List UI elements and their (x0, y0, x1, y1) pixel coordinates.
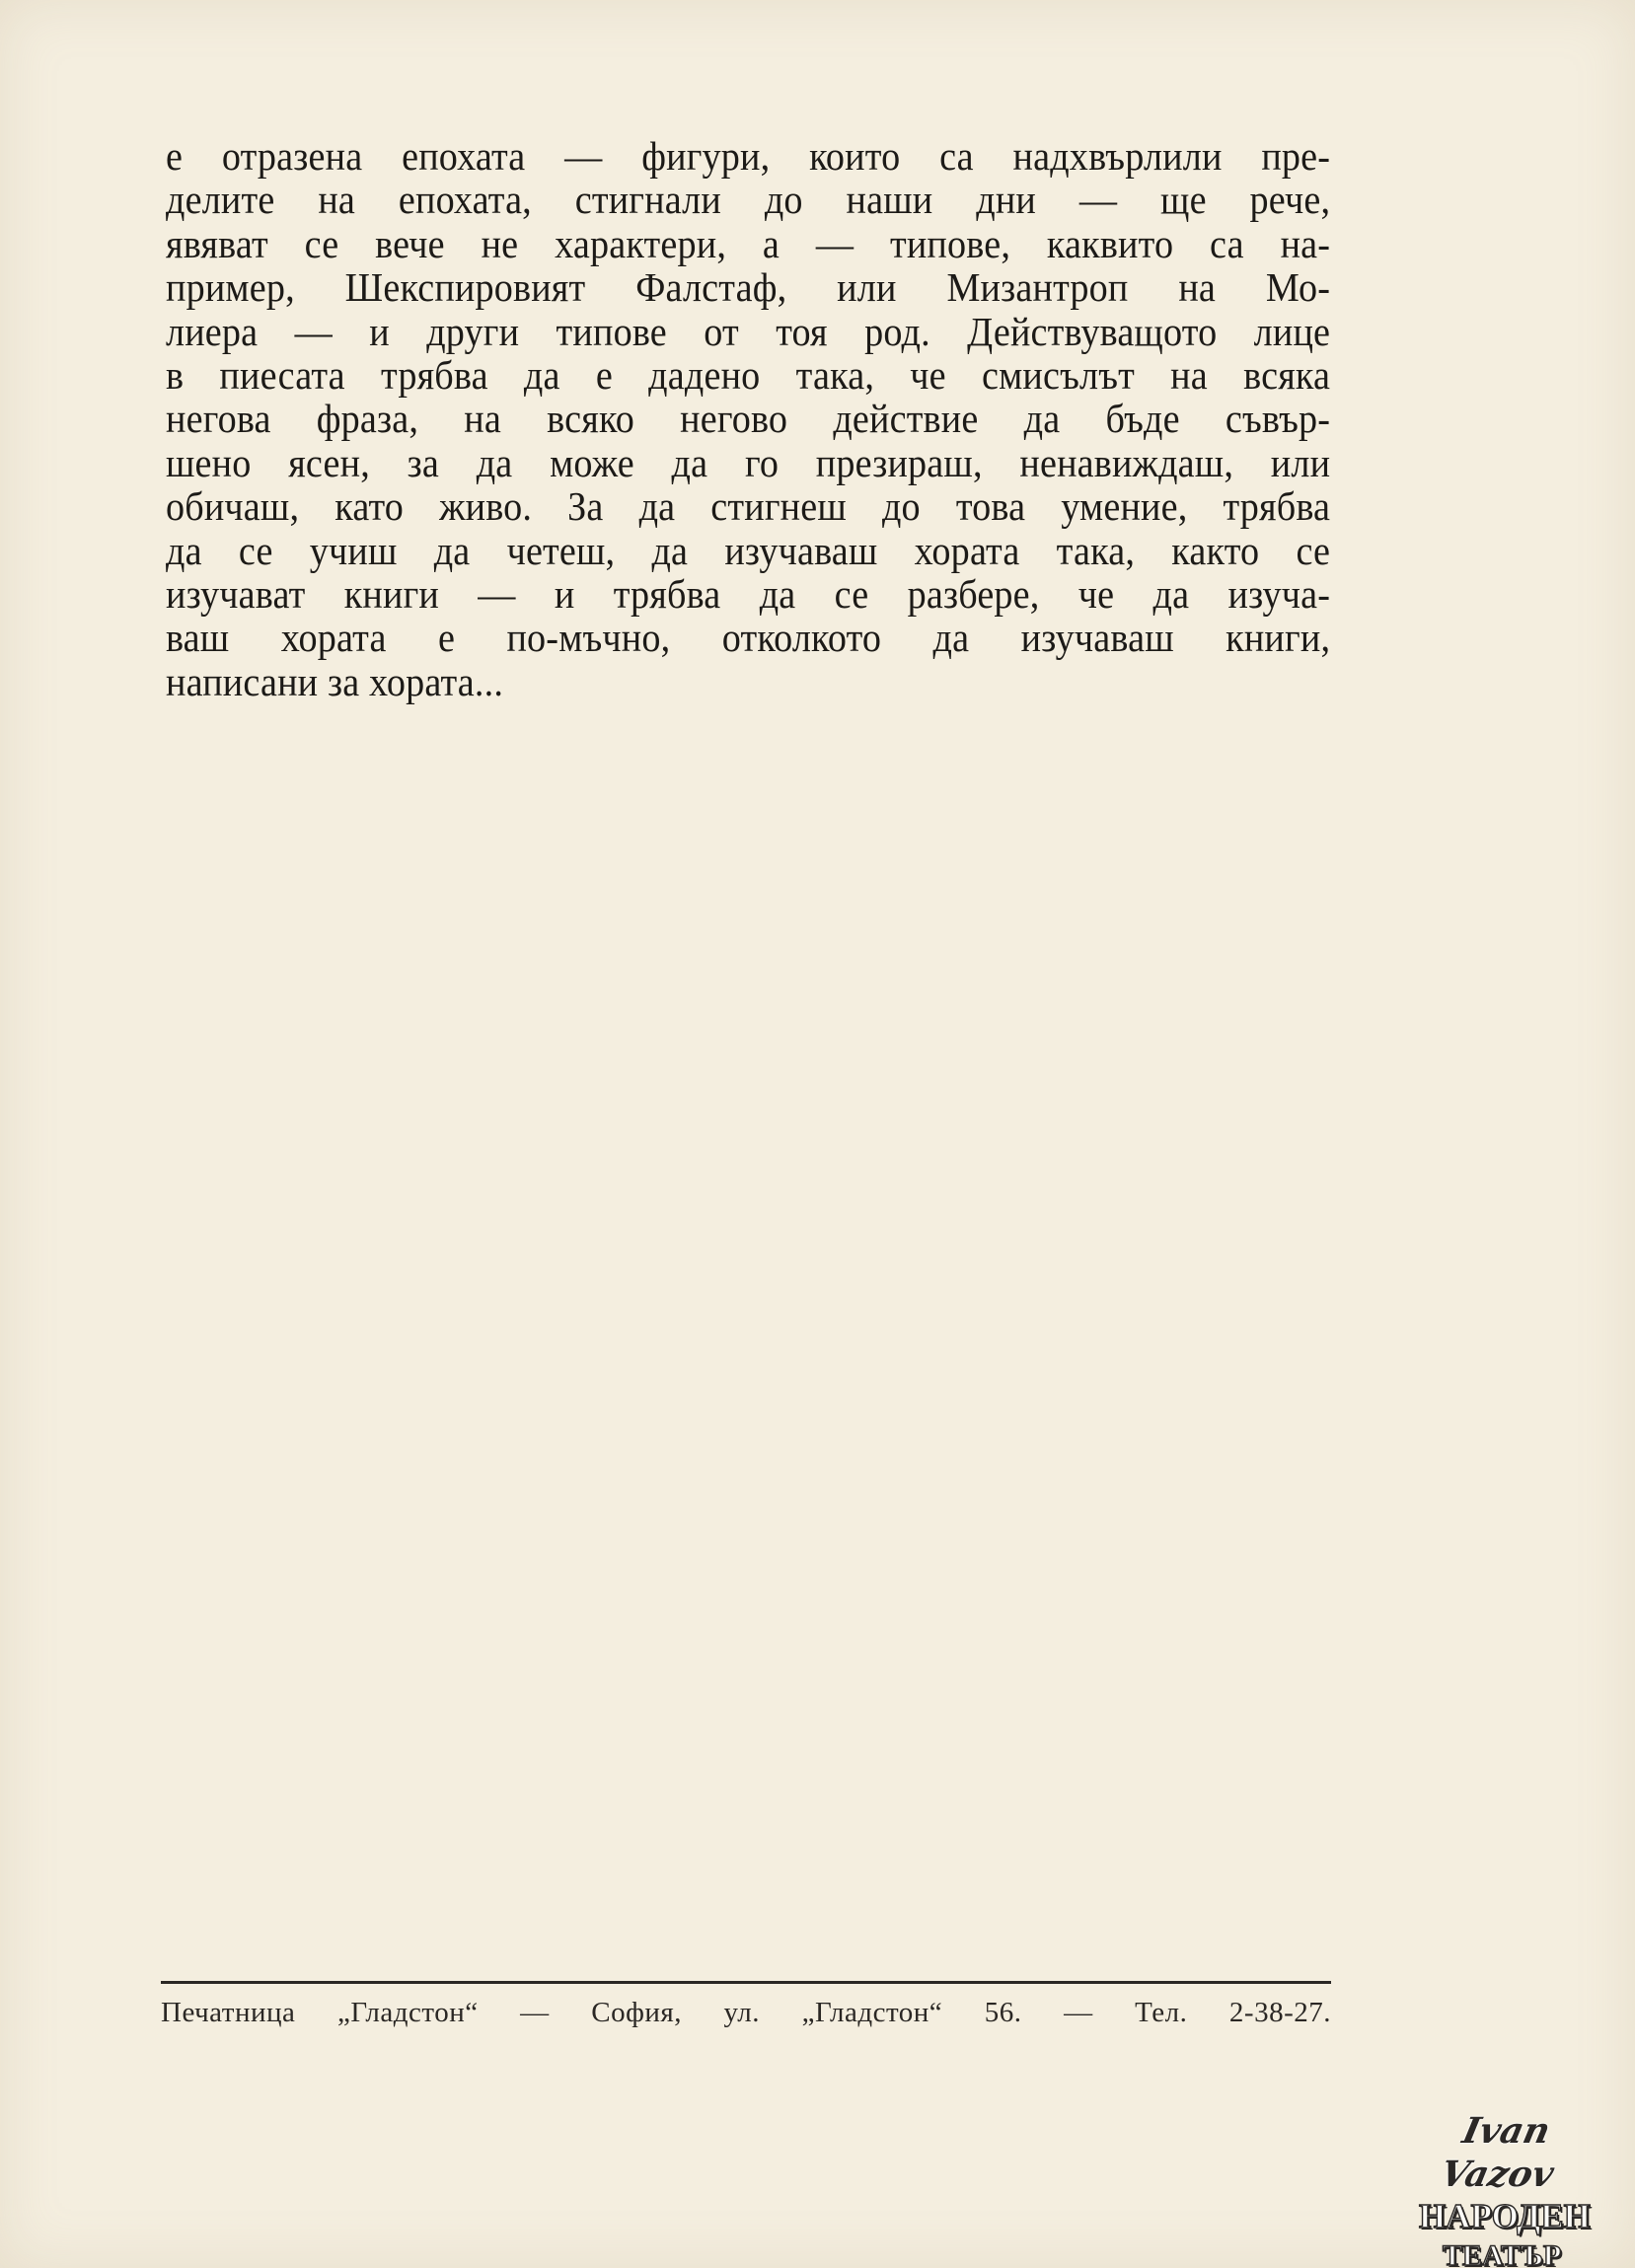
text-line: в пиесата трябва да е дадено така, че см… (166, 353, 1330, 397)
text-line: обичаш, като живо. За да стигнеш до това… (166, 484, 1330, 528)
national-theatre-logo: Ivan Vazov НАРОДЕН ТЕАТЪР (1419, 2109, 1585, 2239)
printer-imprint: Печатница „Гладстон“ — София, ул. „Гладс… (161, 1995, 1331, 2030)
footer-rule (161, 1981, 1331, 1984)
text-line: изучават книги — и трябва да се разбере,… (166, 572, 1330, 616)
text-line: е отразена епохата — фигури, които са на… (166, 134, 1330, 178)
text-line: негова фраза, на всяко негово действие д… (166, 397, 1330, 440)
body-text: е отразена епохата — фигури, които са на… (166, 134, 1330, 703)
text-line: ваш хората е по-мъчно, отколкото да изуч… (166, 616, 1330, 659)
logo-line-2: ТЕАТЪР (1419, 2237, 1585, 2268)
text-line: лиера — и други типове от тоя род. Дейст… (166, 310, 1330, 353)
text-line-last: написани за хората... (166, 660, 1330, 703)
text-line: да се учиш да четеш, да изучаваш хората … (166, 529, 1330, 572)
logo-line-1: НАРОДЕН (1419, 2196, 1585, 2237)
text-line: шено ясен, за да може да го презираш, не… (166, 441, 1330, 484)
text-line: делите на епохата, стигнали до наши дни … (166, 178, 1330, 221)
text-line: пример, Шекспировият Фалстаф, или Мизант… (166, 265, 1330, 309)
signature-script: Ivan Vazov (1410, 2109, 1595, 2196)
text-line: явяват се вече не характери, а — типове,… (166, 222, 1330, 265)
